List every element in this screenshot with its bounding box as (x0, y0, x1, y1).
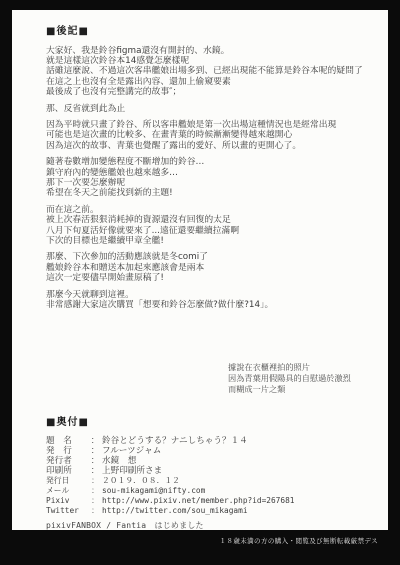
colophon-label: 印刷所 (46, 466, 88, 476)
colophon-label: 発 行 (46, 446, 88, 456)
colophon-row: 題 名：鈴谷とどうする？ナニしちゃう？１４ (46, 436, 380, 446)
afterword-line: 這次一定要儘早開始畫原稿了! (46, 273, 380, 283)
age-warning-text: １８歳未満の方の購入・閲覧及び無断転載厳禁デス (220, 536, 378, 545)
afterword-paragraph: 隨著卷數增加變態程度不斷增加的鈴谷…鎮守府內的變態艦娘也越來越多…那下一次要怎麼… (46, 157, 380, 199)
afterword-line: 那麼今天就聊到這裡。 (46, 290, 380, 300)
afterword-line: 隨著卷數增加變態程度不斷增加的鈴谷… (46, 157, 380, 167)
fanbox-note: pixivFANBOX / Fantia はじめました (46, 520, 380, 530)
scanned-doujin-afterword-page: { "page": { "afterword": { "header": "■後… (0, 0, 400, 565)
afterword-paragraph: 那麼今天就聊到這裡。非常感謝大家這次購買「想要和鈴谷怎麼做?做什麼?14」。 (46, 290, 380, 311)
colophon-label: 発行者 (46, 456, 88, 466)
afterword-line: 艦娘鈴谷本和贈送本加起來應該會是兩本 (46, 263, 380, 273)
afterword-line: 而在這之前。 (46, 205, 380, 215)
afterword-paragraph: 因為平時就只畫了鈴谷、所以客串艦娘是第一次出場這種情況也是經常出現可能也是這次畫… (46, 120, 380, 151)
colophon-row: 印刷所：上野印刷所さま (46, 466, 380, 476)
colophon-label: 発行日 (46, 476, 88, 486)
colophon-colon: ： (88, 436, 102, 446)
afterword-line: 最後成了也沒有完整講完的故事″； (46, 87, 380, 97)
afterword-paragraphs: 大家好、我是鈴谷figma還沒有開封的、水鏡。就是這樣這次鈴谷本14感覺怎麼樣呢… (46, 46, 380, 311)
colophon-label: メール (46, 486, 88, 496)
side-note: 據說在衣櫃裡拍的照片因為青葉用假陽具的自慰過於激烈而糊成一片之類 (228, 362, 380, 394)
colophon-label: Pixiv (46, 496, 88, 506)
afterword-line: 話雖這麼說、不過這次客串艦娘出場多到、已經出現能不能算是鈴谷本呢的疑問了 (46, 66, 380, 76)
colophon-colon: ： (88, 446, 102, 456)
colophon-colon: ： (88, 506, 102, 516)
afterword-header: ■後記■ (46, 26, 380, 38)
side-note-line: 而糊成一片之類 (228, 384, 380, 395)
colophon-section: ■奥付■ 題 名：鈴谷とどうする？ナニしちゃう？１４発 行：フルーツジャム発行者… (46, 417, 380, 530)
afterword-line: 那麼、下次參加的活動應該就是冬comi了 (46, 252, 380, 262)
afterword-line: 八月下旬夏活好像就要來了...遠征還要繼續拉滿啊 (46, 226, 380, 236)
colophon-colon: ： (88, 486, 102, 496)
colophon-value: フルーツジャム (102, 446, 161, 456)
colophon-row: Twitter：http://twitter.com/sou_mikagami (46, 506, 380, 516)
side-note-line: 據說在衣櫃裡拍的照片 (228, 362, 380, 373)
afterword-line: 因為這次的故事、青葉也覺醒了露出的愛好、所以畫的更開心了。 (46, 141, 380, 151)
afterword-line: 鎮守府內的變態艦娘也越來越多… (46, 168, 380, 178)
afterword-line: 被上次春活狠狠消耗掉的資源還沒有回復的太足 (46, 215, 380, 225)
colophon-value: http://twitter.com/sou_mikagami (102, 506, 248, 516)
afterword-line: 可能也是這次畫的比較多、在畫青葉的時候漸漸變得越來越開心 (46, 130, 380, 140)
colophon-header: ■奥付■ (46, 417, 380, 429)
colophon-value: ２０１９．０８．１２ (102, 476, 180, 486)
afterword-line: 就是這樣這次鈴谷本14感覺怎麼樣呢 (46, 56, 380, 66)
afterword-line: 因為平時就只畫了鈴谷、所以客串艦娘是第一次出場這種情況也是經常出現 (46, 120, 380, 130)
colophon-row: 発行日：２０１９．０８．１２ (46, 476, 380, 486)
afterword-line: 下次的目標也是繼續甲章全艦! (46, 236, 380, 246)
afterword-paragraph: 大家好、我是鈴谷figma還沒有開封的、水鏡。就是這樣這次鈴谷本14感覺怎麼樣呢… (46, 46, 380, 98)
afterword-line: 非常感謝大家這次購買「想要和鈴谷怎麼做?做什麼?14」。 (46, 300, 380, 310)
colophon-value: 水鏡 想 (102, 456, 136, 466)
colophon-value: 上野印刷所さま (102, 466, 162, 476)
afterword-line: 希望在冬天之前能找到新的主題! (46, 188, 380, 198)
afterword-paragraph: 而在這之前。被上次春活狠狠消耗掉的資源還沒有回復的太足八月下旬夏活好像就要來了.… (46, 205, 380, 247)
colophon-colon: ： (88, 496, 102, 506)
afterword-line: 那、反省就到此為止 (46, 104, 380, 114)
colophon-value: 鈴谷とどうする？ナニしちゃう？１４ (102, 436, 248, 446)
page-body: ■後記■ 大家好、我是鈴谷figma還沒有開封的、水鏡。就是這樣這次鈴谷本14感… (12, 10, 388, 530)
afterword-paragraph: 那麼、下次參加的活動應該就是冬comi了艦娘鈴谷本和贈送本加起來應該會是兩本這次… (46, 252, 380, 283)
colophon-row: Pixiv：http://www.pixiv.net/member.php?id… (46, 496, 380, 506)
side-note-line: 因為青葉用假陽具的自慰過於激烈 (228, 373, 380, 384)
colophon-colon: ： (88, 456, 102, 466)
colophon-table: 題 名：鈴谷とどうする？ナニしちゃう？１４発 行：フルーツジャム発行者：水鏡 想… (46, 436, 380, 516)
page-content: ■後記■ 大家好、我是鈴谷figma還沒有開封的、水鏡。就是這樣這次鈴谷本14感… (12, 10, 388, 530)
colophon-value: sou-mikagami@nifty.com (102, 486, 205, 496)
colophon-colon: ： (88, 476, 102, 486)
afterword-paragraph: 那、反省就到此為止 (46, 104, 380, 114)
colophon-label: 題 名 (46, 436, 88, 446)
afterword-line: 大家好、我是鈴谷figma還沒有開封的、水鏡。 (46, 46, 380, 56)
afterword-line: 在這之上也沒有全是露出內容、還加上偷窺要素 (46, 77, 380, 87)
colophon-row: 発 行：フルーツジャム (46, 446, 380, 456)
colophon-label: Twitter (46, 506, 88, 516)
bottom-bar: １８歳未満の方の購入・閲覧及び無断転載厳禁デス (0, 530, 400, 565)
colophon-value: http://www.pixiv.net/member.php?id=26768… (102, 496, 294, 506)
afterword-line: 那下一次要怎麼辦呢 (46, 178, 380, 188)
colophon-row: 発行者：水鏡 想 (46, 456, 380, 466)
colophon-row: メール：sou-mikagami@nifty.com (46, 486, 380, 496)
colophon-colon: ： (88, 466, 102, 476)
